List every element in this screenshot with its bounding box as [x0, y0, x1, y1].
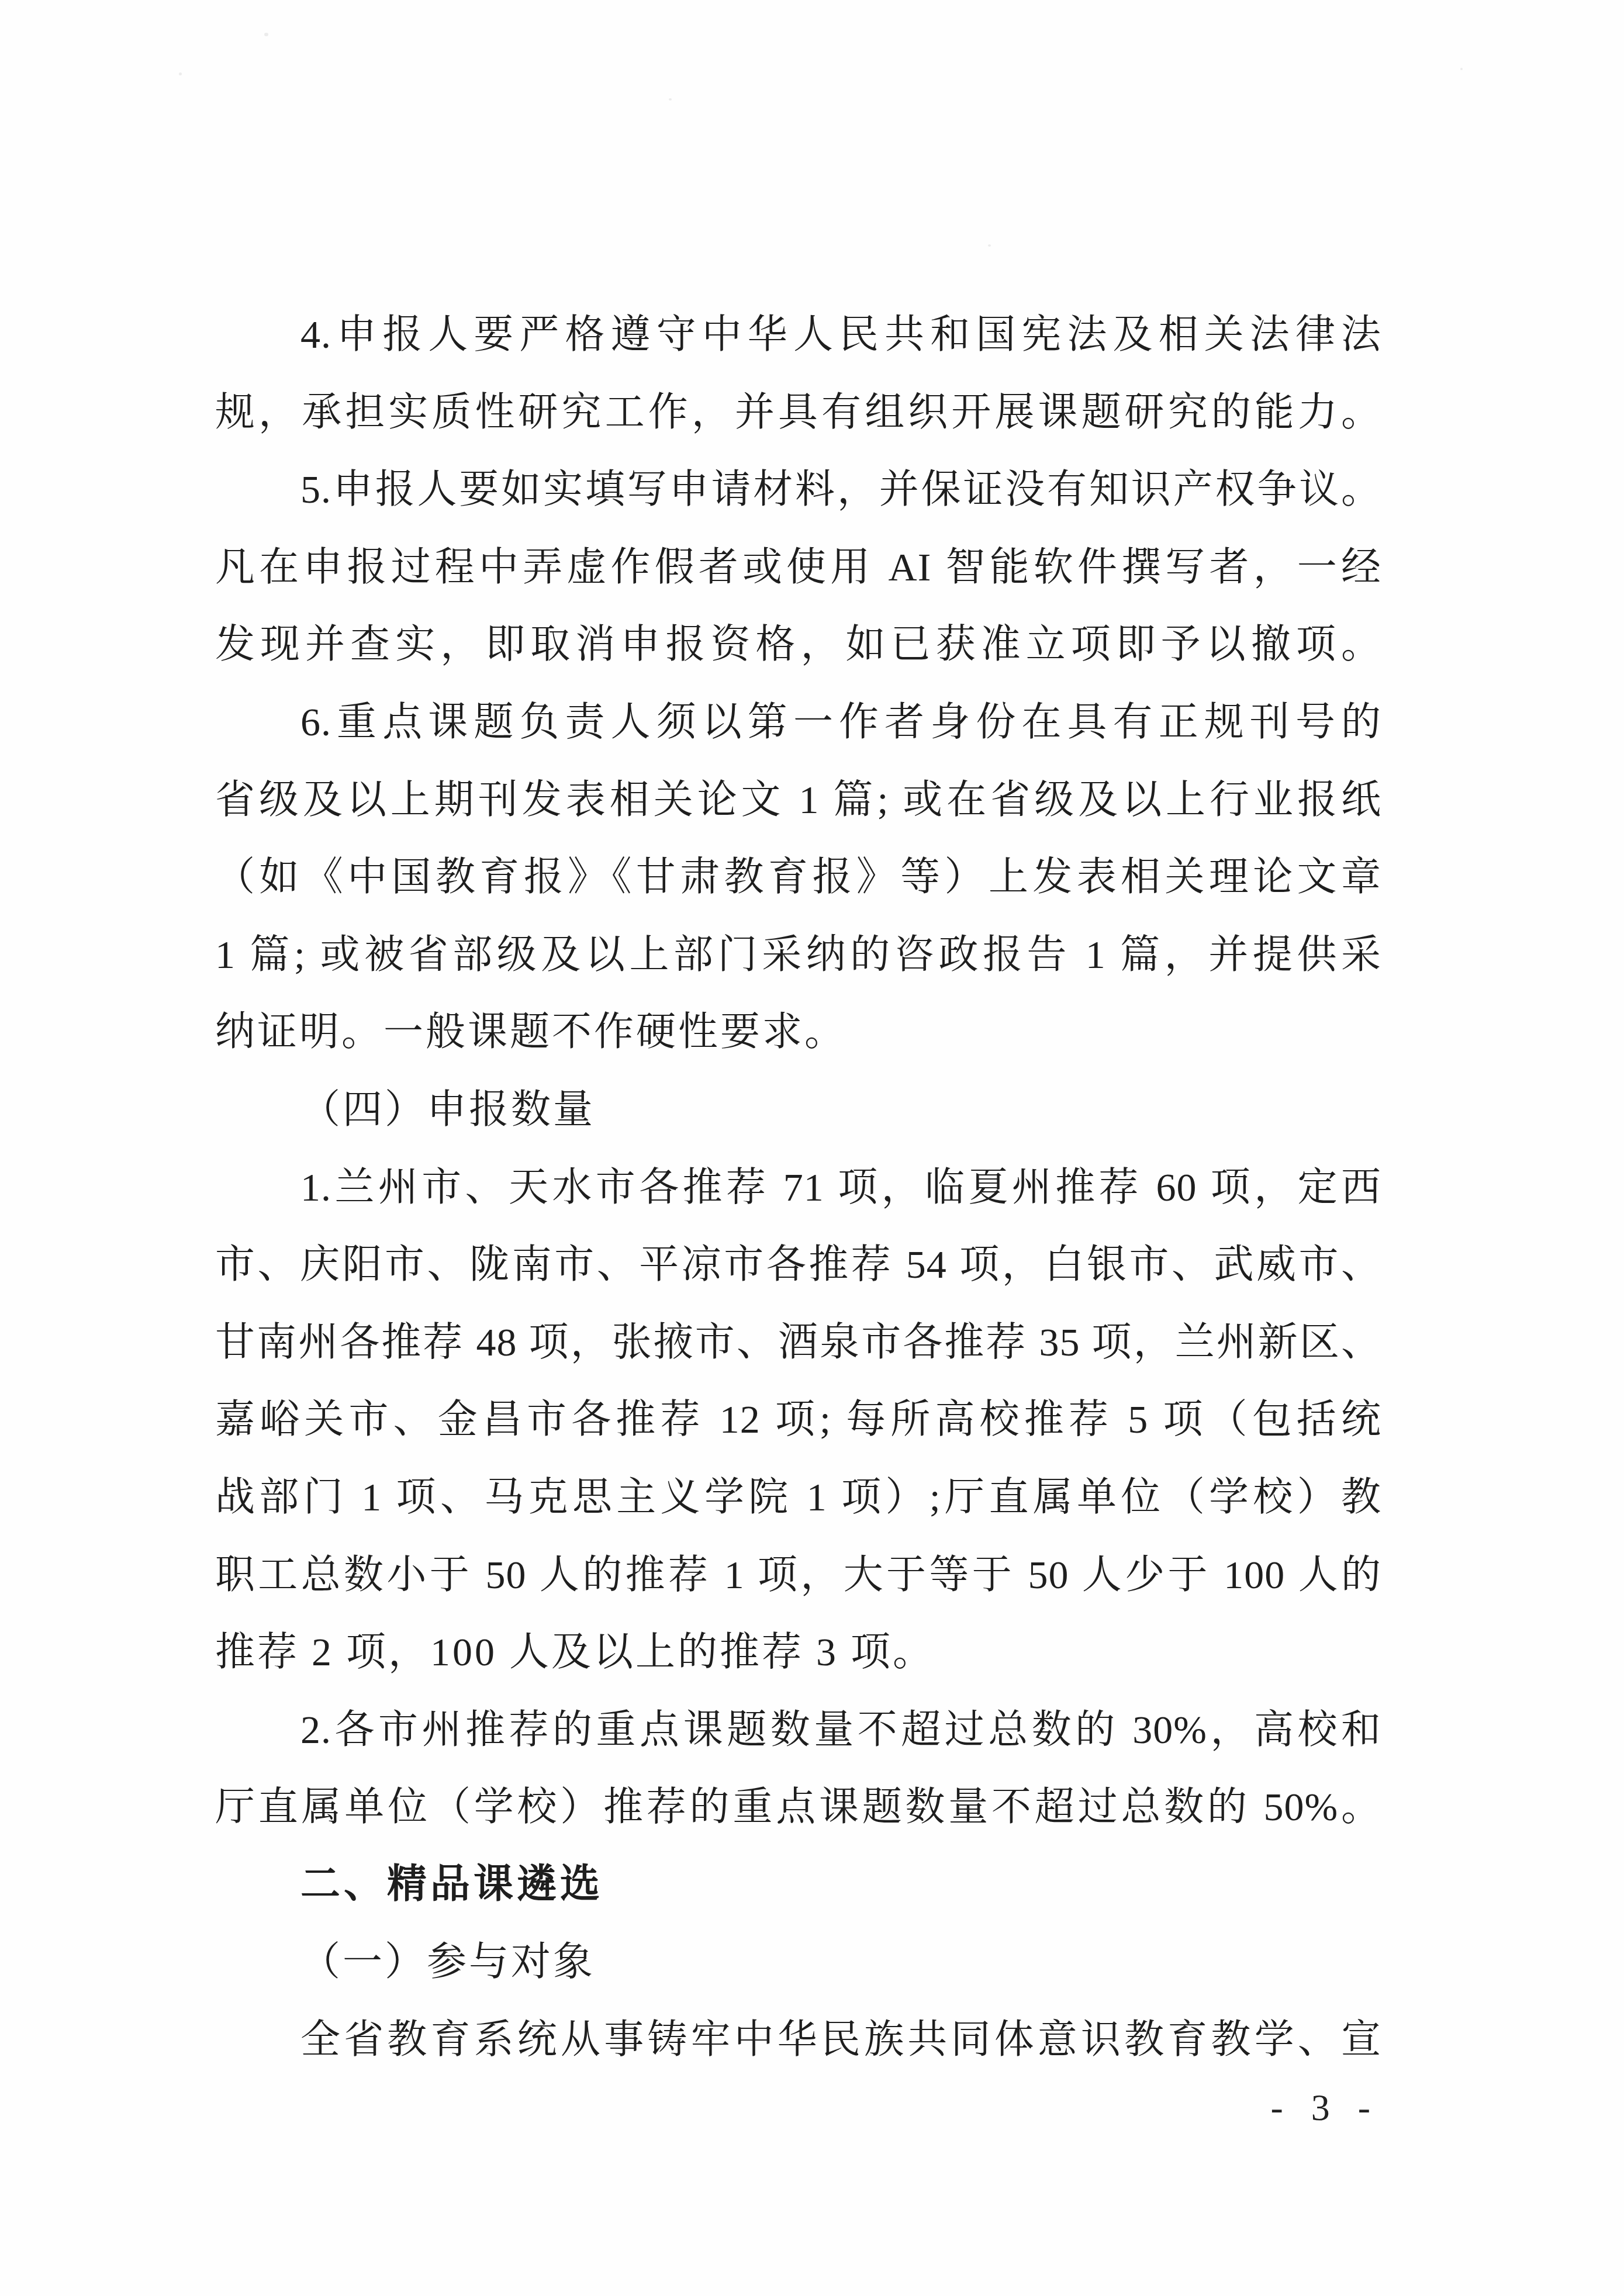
scan-speck: [988, 244, 991, 247]
text-line: 1 篇; 或被省部级及以上部门采纳的咨政报告 1 篇，并提供采: [215, 916, 1381, 994]
text-line: 2.各市州推荐的重点课题数量不超过总数的 30%，高校和: [215, 1691, 1381, 1769]
text-line: 全省教育系统从事铸牢中华民族共同体意识教育教学、宣: [215, 2001, 1381, 2079]
text-line: 5.申报人要如实填写申请材料，并保证没有知识产权争议。: [215, 451, 1381, 528]
page-number: - 3 -: [1270, 2069, 1380, 2146]
text-line: 市、庆阳市、陇南市、平凉市各推荐 54 项，白银市、武威市、: [215, 1226, 1381, 1303]
scan-speck: [1460, 68, 1463, 70]
text-line: 纳证明。一般课题不作硬性要求。: [215, 993, 1381, 1071]
text-line: 二、精品课遴选: [215, 1846, 1381, 1924]
document-body: 4.申报人要严格遵守中华人民共和国宪法及相关法律法规，承担实质性研究工作，并具有…: [215, 296, 1381, 2079]
scan-speck: [179, 72, 182, 75]
text-line: 发现并查实，即取消申报资格，如已获准立项即予以撤项。: [215, 606, 1381, 683]
text-line: 厅直属单位（学校）推荐的重点课题数量不超过总数的 50%。: [215, 1768, 1381, 1846]
text-line: （一）参与对象: [215, 1923, 1381, 2001]
text-line: 6.重点课题负责人须以第一作者身份在具有正规刊号的: [215, 683, 1381, 761]
text-line: 嘉峪关市、金昌市各推荐 12 项; 每所高校推荐 5 项（包括统: [215, 1381, 1381, 1458]
text-line: （如《中国教育报》《甘肃教育报》等）上发表相关理论文章: [215, 838, 1381, 916]
text-line: 战部门 1 项、马克思主义学院 1 项）;厅直属单位（学校）教: [215, 1458, 1381, 1536]
text-line: 规，承担实质性研究工作，并具有组织开展课题研究的能力。: [215, 374, 1381, 451]
text-line: 凡在申报过程中弄虚作假者或使用 AI 智能软件撰写者，一经: [215, 528, 1381, 606]
text-line: 职工总数小于 50 人的推荐 1 项，大于等于 50 人少于 100 人的: [215, 1536, 1381, 1614]
text-line: 1.兰州市、天水市各推荐 71 项，临夏州推荐 60 项，定西: [215, 1149, 1381, 1226]
text-line: 甘南州各推荐 48 项，张掖市、酒泉市各推荐 35 项，兰州新区、: [215, 1303, 1381, 1381]
scan-speck: [669, 98, 672, 101]
text-line: 省级及以上期刊发表相关论文 1 篇; 或在省级及以上行业报纸: [215, 761, 1381, 839]
text-line: 4.申报人要严格遵守中华人民共和国宪法及相关法律法: [215, 296, 1381, 374]
document-page: 4.申报人要严格遵守中华人民共和国宪法及相关法律法规，承担实质性研究工作，并具有…: [0, 0, 1624, 2296]
scan-speck: [264, 33, 268, 36]
text-line: （四）申报数量: [215, 1071, 1381, 1149]
text-line: 推荐 2 项，100 人及以上的推荐 3 项。: [215, 1613, 1381, 1691]
